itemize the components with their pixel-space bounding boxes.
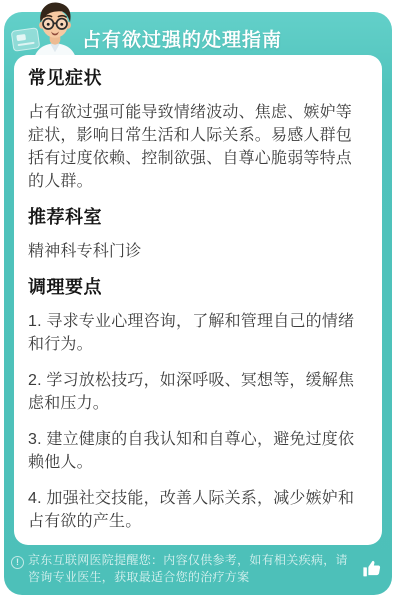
thumbs-up-icon[interactable] (361, 558, 383, 580)
section-body-symptoms: 占有欲过强可能导致情绪波动、焦虑、嫉妒等症状，影响日常生活和人际关系。易感人群包… (28, 101, 368, 193)
card-header: 占有欲过强的处理指南 (4, 12, 392, 55)
disclaimer-text: 京东互联网医院提醒您：内容仅供参考，如有相关疾病，请咨询专业医生，获取最适合您的… (28, 552, 357, 586)
tip-item-1: 1. 寻求专业心理咨询，了解和管理自己的情绪和行为。 (28, 310, 368, 356)
tip-item-3: 3. 建立健康的自我认知和自尊心，避免过度依赖他人。 (28, 428, 368, 474)
health-guide-page: 占有欲过强的处理指南 常见症状 占有欲过强可能导致情绪波动、焦虑、嫉妒等症状，影… (0, 0, 396, 600)
card-footer: ! 京东互联网医院提醒您：内容仅供参考，如有相关疾病，请咨询专业医生，获取最适合… (11, 552, 385, 586)
section-heading-symptoms: 常见症状 (28, 67, 368, 90)
content-panel: 常见症状 占有欲过强可能导致情绪波动、焦虑、嫉妒等症状，影响日常生活和人际关系。… (14, 55, 382, 545)
page-title: 占有欲过强的处理指南 (82, 25, 282, 52)
section-body-department: 精神科专科门诊 (28, 240, 368, 263)
certificate-icon-detail (16, 34, 26, 41)
info-icon: ! (11, 556, 24, 569)
section-heading-tips: 调理要点 (28, 276, 368, 299)
tip-item-4: 4. 加强社交技能，改善人际关系，减少嫉妒和占有欲的产生。 (28, 487, 368, 533)
tip-item-2: 2. 学习放松技巧，如深呼吸、冥想等，缓解焦虑和压力。 (28, 369, 368, 415)
health-guide-card: 占有欲过强的处理指南 常见症状 占有欲过强可能导致情绪波动、焦虑、嫉妒等症状，影… (4, 12, 392, 595)
section-heading-department: 推荐科室 (28, 206, 368, 229)
